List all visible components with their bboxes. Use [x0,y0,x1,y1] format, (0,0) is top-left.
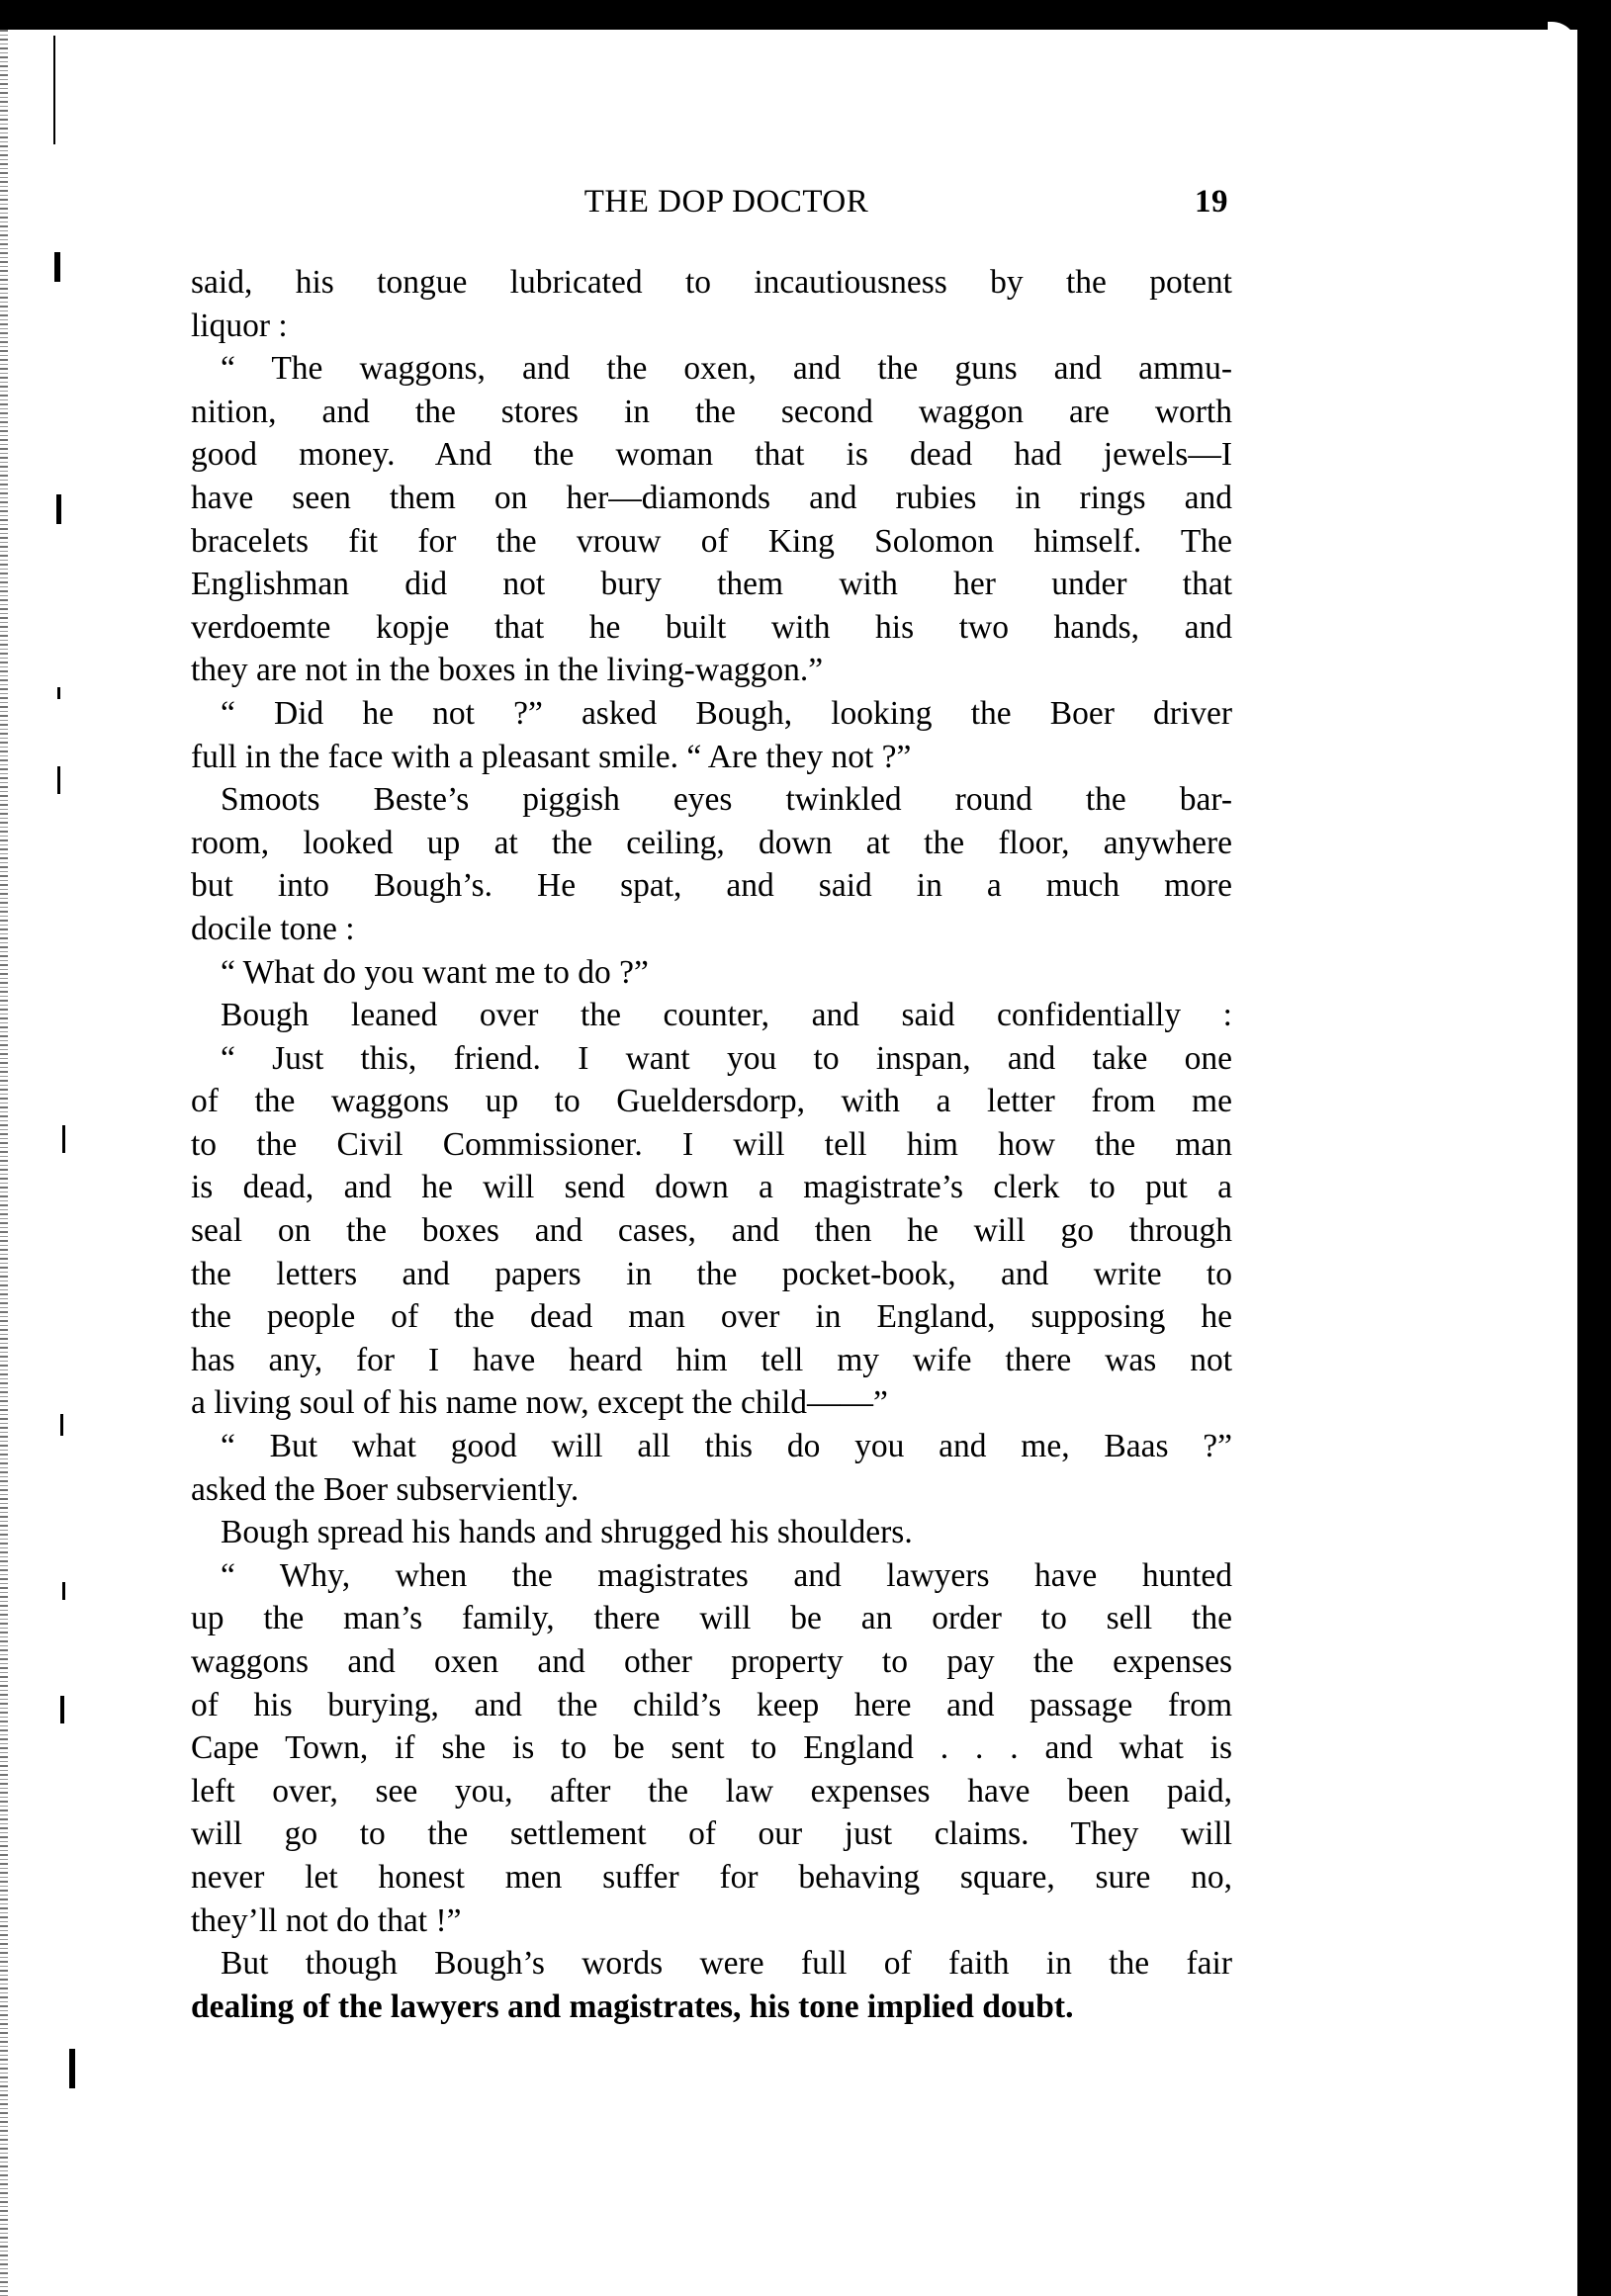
text-line: “ Did he not ?” asked Bough, looking the… [191,692,1232,736]
text-line: of his burying, and the child’s keep her… [191,1684,1232,1727]
page-number: 19 [1195,184,1228,221]
text-line: is dead, and he will send down a magistr… [191,1166,1232,1209]
text-line: Smoots Beste’s piggish eyes twinkled rou… [191,778,1232,822]
text-line: docile tone : [191,908,1232,951]
text-line: has any, for I have heard him tell my wi… [191,1339,1232,1382]
text-line: dealing of the lawyers and magistrates, … [191,1986,1232,2029]
margin-mark [56,494,61,524]
text-line: Bough leaned over the counter, and said … [191,994,1232,1037]
text-line: they’ll not do that !” [191,1899,1232,1943]
gutter-line [53,36,55,144]
text-line: “ Just this, friend. I want you to inspa… [191,1037,1232,1081]
text-line: they are not in the boxes in the living-… [191,649,1232,692]
book-page: THE DOP DOCTOR 19 said, his tongue lubri… [191,184,1232,2028]
text-line: the people of the dead man over in Engla… [191,1295,1232,1339]
text-line: verdoemte kopje that he built with his t… [191,606,1232,650]
text-line: but into Bough’s. He spat, and said in a… [191,864,1232,908]
margin-mark [69,2049,75,2088]
text-line: the letters and papers in the pocket-boo… [191,1253,1232,1296]
text-line: a living soul of his name now, except th… [191,1381,1232,1425]
text-line: full in the face with a pleasant smile. … [191,736,1232,779]
text-line: “ But what good will all this do you and… [191,1425,1232,1468]
text-line: “ What do you want me to do ?” [191,951,1232,995]
text-line: liquor : [191,305,1232,348]
text-line: Bough spread his hands and shrugged his … [191,1511,1232,1554]
text-line: Cape Town, if she is to be sent to Engla… [191,1726,1232,1770]
text-line: “ The waggons, and the oxen, and the gun… [191,347,1232,391]
text-line: have seen them on her—diamonds and rubie… [191,477,1232,520]
text-line: “ Why, when the magistrates and lawyers … [191,1554,1232,1598]
margin-mark [60,1414,63,1436]
text-line: waggons and oxen and other property to p… [191,1640,1232,1684]
text-line: of the waggons up to Gueldersdorp, with … [191,1080,1232,1123]
scan-border-right [1577,0,1611,2296]
scan-border-top [0,0,1611,30]
text-line: But though Bough’s words were full of fa… [191,1942,1232,1986]
margin-mark [62,1582,65,1600]
running-title: THE DOP DOCTOR [191,184,1232,221]
text-line: asked the Boer subserviently. [191,1468,1232,1512]
text-line: will go to the settlement of our just cl… [191,1812,1232,1856]
text-line: never let honest men suffer for behaving… [191,1856,1232,1899]
text-line: good money. And the woman that is dead h… [191,433,1232,477]
text-line: nition, and the stores in the second wag… [191,391,1232,434]
running-header: THE DOP DOCTOR 19 [191,184,1232,233]
text-line: said, his tongue lubricated to incautiou… [191,261,1232,305]
text-line: Englishman did not bury them with her un… [191,563,1232,606]
margin-mark [60,1696,64,1723]
text-line: seal on the boxes and cases, and then he… [191,1209,1232,1253]
text-line: up the man’s family, there will be an or… [191,1597,1232,1640]
text-line: bracelets fit for the vrouw of King Solo… [191,520,1232,564]
text-line: left over, see you, after the law expens… [191,1770,1232,1813]
margin-mark [62,1125,65,1153]
margin-mark [54,252,60,282]
text-line: room, looked up at the ceiling, down at … [191,822,1232,865]
margin-mark [57,766,60,794]
body-text: said, his tongue lubricated to incautiou… [191,261,1232,2028]
margin-mark [57,687,60,699]
text-line: to the Civil Commissioner. I will tell h… [191,1123,1232,1167]
page-edge-left [0,30,8,2296]
